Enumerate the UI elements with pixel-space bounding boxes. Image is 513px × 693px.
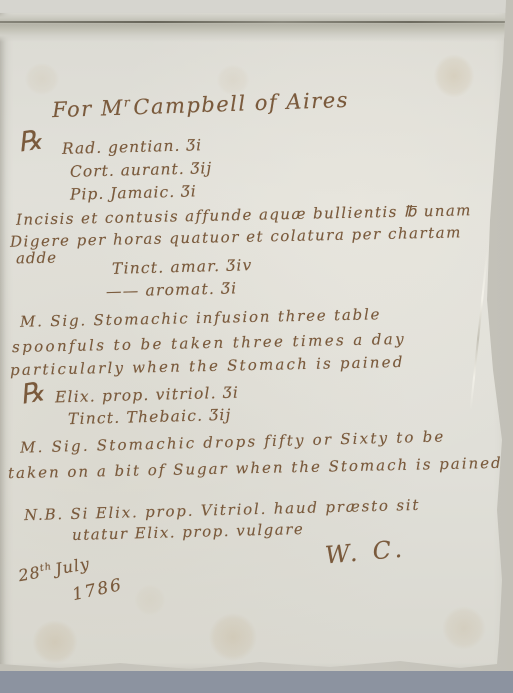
prescription-symbol-2: ℞ <box>17 376 46 411</box>
latin-direction-line: adde <box>16 249 57 268</box>
date-year: 1786 <box>70 575 124 605</box>
page-fold-line <box>0 21 513 23</box>
prescription-symbol-1: ℞ <box>16 124 44 158</box>
manuscript-photo: For MrCampbell of Aires ℞ Rad. gentian. … <box>0 0 513 693</box>
title-pre: For M <box>52 96 125 122</box>
ingredient-line: Cort. aurant. Ʒij <box>70 159 213 181</box>
stain <box>26 614 84 670</box>
addition-line: Tinct. amar. Ʒiv <box>112 256 253 278</box>
signa-instruction-line: M. Sig. Stomachic infusion three table <box>20 305 382 331</box>
signa-instruction-line: spoonfuls to be taken three times a day <box>12 330 406 356</box>
page-fold <box>0 12 513 42</box>
title-superscript: r <box>123 94 131 109</box>
document-title: For MrCampbell of Aires <box>52 87 350 122</box>
ingredient-line: Rad. gentian. Ʒi <box>62 136 203 158</box>
stain <box>436 600 492 656</box>
ingredient-line: Elix. prop. vitriol. Ʒi <box>55 384 239 407</box>
signature-initials: W. C. <box>324 535 407 570</box>
paper-crack <box>470 250 489 409</box>
date-ordinal-suffix: th <box>39 561 53 574</box>
signa-instruction-line: M. Sig. Stomachic drops fifty or Sixty t… <box>20 427 446 456</box>
stain <box>428 48 480 104</box>
title-post: Campbell of Aires <box>133 88 349 120</box>
date-month: July <box>54 554 92 579</box>
nota-bene-line: utatur Elix. prop. vulgare <box>72 520 305 544</box>
date-day-month: 28thJuly <box>17 554 91 585</box>
addition-line: —— aromat. Ʒi <box>106 279 238 300</box>
manuscript-page: For MrCampbell of Aires ℞ Rad. gentian. … <box>0 0 513 676</box>
ingredient-line: Tinct. Thebaic. Ʒij <box>68 406 232 428</box>
ingredient-line: Pip. Jamaic. Ʒi <box>70 182 197 203</box>
stain <box>130 580 170 620</box>
signa-instruction-line: particularly when the Stomach is pained <box>10 353 405 379</box>
signa-instruction-line: taken on a bit of Sugar when the Stomach… <box>8 454 503 482</box>
nota-bene-line: N.B. Si Elix. prop. Vitriol. haud præsto… <box>24 496 421 524</box>
stain <box>20 58 64 100</box>
stain <box>202 606 264 668</box>
